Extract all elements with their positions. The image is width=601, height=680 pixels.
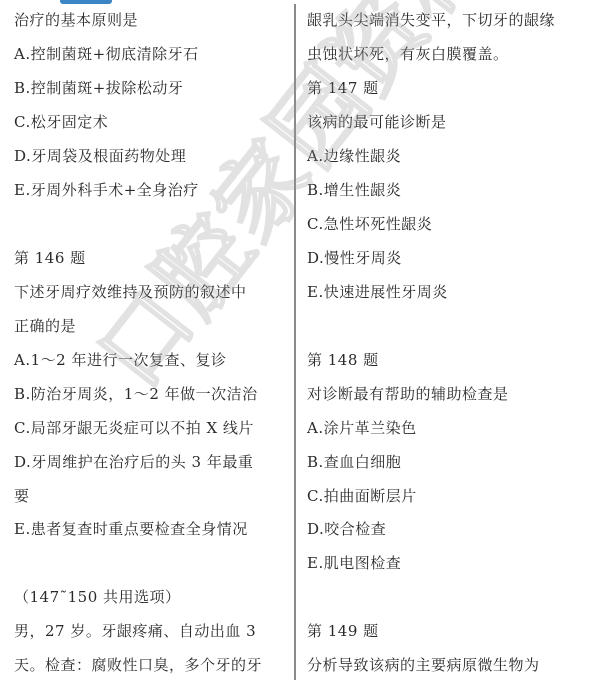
option-c: C.局部牙龈无炎症可以不拍 X 线片 [14,418,254,438]
option-a: A.控制菌斑+彻底清除牙石 [14,44,199,64]
option-e: E.肌电图检查 [307,553,401,573]
option-d: D.慢性牙周炎 [307,248,402,268]
option-a: A.涂片革兰染色 [307,418,417,438]
option-b: B.防治牙周炎，1～2 年做一次洁治 [14,384,258,404]
question-title-148: 第 148 题 [307,350,379,370]
top-tab-indicator [60,0,112,4]
option-e: E.患者复查时重点要检查全身情况 [14,519,248,539]
column-divider [294,4,296,680]
option-a: A.1～2 年进行一次复查、复诊 [14,350,226,370]
option-c: C.松牙固定术 [14,112,108,132]
shared-case-header: （147˜150 共用选项） [14,587,181,607]
question-stem-147: 该病的最可能诊断是 [307,112,447,132]
option-b: B.增生性龈炎 [307,180,401,200]
question-stem-146: 下述牙周疗效维持及预防的叙述中 [14,282,247,302]
option-b: B.查血白细胞 [307,452,401,472]
question-title-149: 第 149 题 [307,621,379,641]
question-title-147: 第 147 题 [307,78,379,98]
option-d: D.牙周袋及根面药物处理 [14,146,186,166]
option-b: B.控制菌斑+拔除松动牙 [14,78,183,98]
question-stem-149: 分析导致该病的主要病原微生物为 [307,655,540,675]
question-stem-148: 对诊断最有帮助的辅助检查是 [307,384,509,404]
case-text-end: 虫蚀状坏死，有灰白膜覆盖。 [307,44,509,64]
option-e: E.牙周外科手术+全身治疗 [14,180,199,200]
option-d-cont: 要 [14,486,30,506]
question-title-146: 第 146 题 [14,248,86,268]
option-d: D.咬合检查 [307,519,386,539]
option-a: A.边缘性龈炎 [307,146,401,166]
case-text: 男，27 岁。牙龈疼痛、自动出血 3 [14,621,256,641]
option-c: C.急性坏死性龈炎 [307,214,432,234]
case-text-cont: 龈乳头尖端消失变平，下切牙的龈缘 [307,10,555,30]
option-d: D.牙周维护在治疗后的头 3 年最重 [14,452,253,472]
option-c: C.拍曲面断层片 [307,486,417,506]
option-e: E.快速进展性牙周炎 [307,282,448,302]
question-stem: 治疗的基本原则是 [14,10,138,30]
question-stem-146-cont: 正确的是 [14,316,76,336]
case-text-cont: 天。检查：腐败性口臭，多个牙的牙 [14,655,262,675]
